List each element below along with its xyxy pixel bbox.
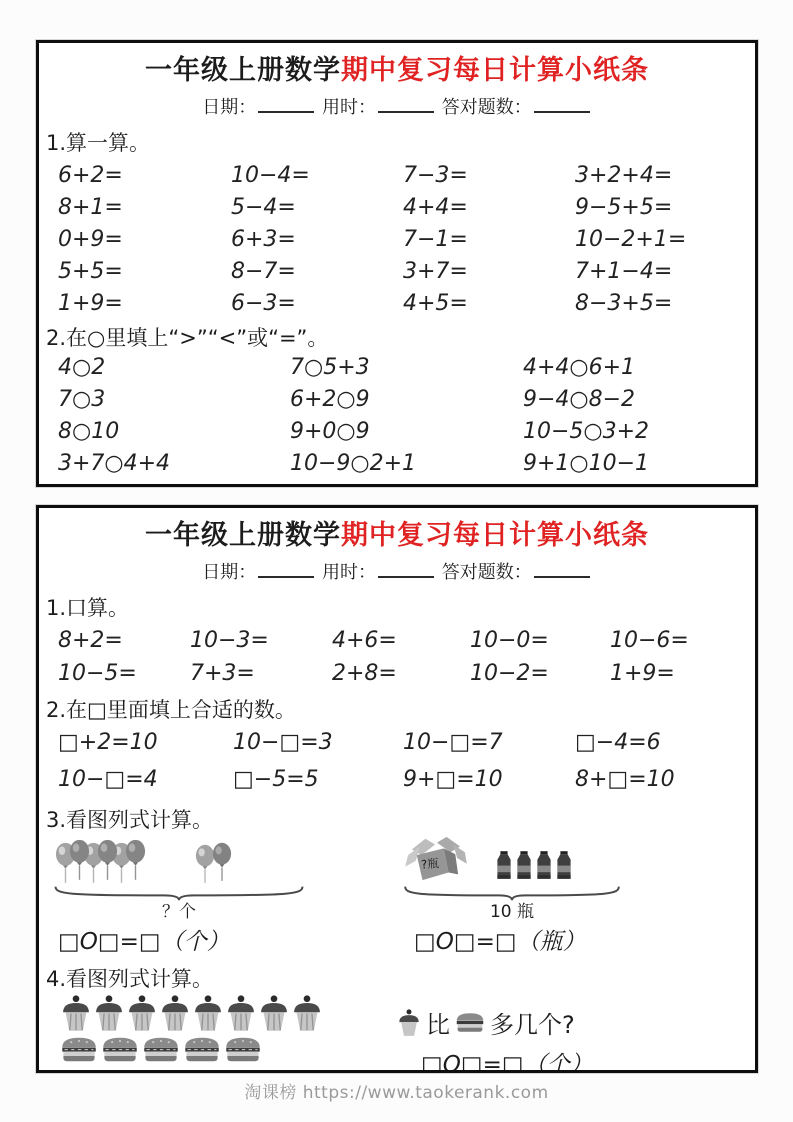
underbrace: [403, 885, 621, 901]
hamburger-row: [60, 1035, 375, 1064]
math-problem: 10−□=4: [58, 761, 233, 798]
title-red-part: 期中复习每日计算小纸条: [341, 55, 649, 86]
bottle-icon: [535, 846, 553, 884]
hamburger-icon: [183, 1035, 221, 1064]
math-problem: 3+7○4+4: [58, 448, 290, 480]
math-problem: 8+□=10: [575, 761, 755, 798]
balloon-pair: [200, 844, 234, 884]
brace-label: 10 瓶: [403, 902, 621, 922]
bottle-icon: [555, 846, 573, 884]
meta-line: 日期： 用时： 答对题数：: [39, 560, 755, 586]
math-problem: 10−2+1=: [575, 224, 755, 256]
hamburger-icon: [142, 1035, 180, 1064]
box-label: ?瓶: [421, 856, 440, 872]
date-blank-line: [258, 561, 314, 578]
math-problem: 7+3=: [190, 657, 332, 690]
bottle-icon: [515, 846, 533, 884]
fill-box-grid: □+2=1010−□=310−□=7□−4=6 10−□=4□−5=59+□=1…: [39, 724, 755, 798]
hamburger-icon: [224, 1035, 262, 1064]
math-problem: 8+2=: [58, 624, 190, 657]
math-problem: 9+1○10−1: [523, 448, 755, 480]
cupcake-icon: [225, 995, 257, 1032]
math-problem: 7○5+3: [290, 352, 523, 384]
balloon-figure: ？个: [53, 838, 305, 922]
answer-template: □O□=□（个）: [421, 1050, 593, 1073]
math-problem: 1+9=: [58, 288, 231, 320]
math-problem: □−5=5: [233, 761, 403, 798]
score-blank-line: [534, 96, 590, 113]
math-problem: □+2=10: [58, 724, 233, 761]
picture-problems: ？个 ?瓶: [39, 838, 755, 922]
balloon-icon: [123, 839, 148, 881]
math-problem: 10−0=: [470, 624, 610, 657]
cupcake-icon: [126, 995, 158, 1032]
cupcake-icon: [192, 995, 224, 1032]
title-black-part: 一年级上册数学: [145, 520, 341, 551]
meta-line: 日期： 用时： 答对题数：: [39, 95, 755, 121]
math-problem: 2+8=: [332, 657, 470, 690]
math-problem: 10−5○3+2: [523, 416, 755, 448]
time-label: 用时：: [322, 562, 376, 583]
worksheet-title: 一年级上册数学期中复习每日计算小纸条: [39, 55, 755, 87]
math-problem: 6+2○9: [290, 384, 523, 416]
time-blank-line: [378, 96, 434, 113]
date-blank-line: [258, 96, 314, 113]
math-problem: 4+4=: [403, 192, 575, 224]
math-problem: 10−5=: [58, 657, 190, 690]
cupcake-icon: [291, 995, 323, 1032]
balloon-icon: [210, 842, 234, 882]
oral-calc-grid: 8+2=10−3=4+6=10−0=10−6= 10−5=7+3=2+8=10−…: [39, 624, 755, 690]
balloon-icon: [95, 839, 120, 881]
math-problem: 10−6=: [610, 624, 755, 657]
math-problem: 8+1=: [58, 192, 231, 224]
hamburger-icon: [101, 1035, 139, 1064]
section1-heading: 1.口算。: [46, 594, 755, 622]
balloon-cluster: [53, 842, 148, 884]
compare-question: 比 多几个? □O□=□（个）: [397, 995, 593, 1073]
answer-template: □O□=□（瓶）: [414, 927, 586, 957]
math-problem: 10−□=7: [403, 724, 575, 761]
title-black-part: 一年级上册数学: [145, 55, 341, 86]
section1-heading: 1.算一算。: [46, 129, 755, 157]
section2-heading: 2.在□里面填上合适的数。: [46, 696, 755, 724]
score-label: 答对题数：: [442, 97, 532, 118]
math-problem: 3+7=: [403, 256, 575, 288]
question-text: 多几个?: [490, 1005, 575, 1040]
math-problem: □−4=6: [575, 724, 755, 761]
site-watermark: 淘课榜 https://www.taokerank.com: [0, 1078, 793, 1103]
open-box-icon: ?瓶: [403, 832, 469, 884]
math-problem: 10−3=: [190, 624, 332, 657]
underbrace: [53, 885, 305, 901]
bottle-row: [495, 846, 573, 884]
section4-heading: 4.看图列式计算。: [46, 965, 755, 993]
math-problem: 10−2=: [470, 657, 610, 690]
bottle-art: ?瓶: [403, 838, 621, 884]
cupcake-row: [60, 995, 375, 1032]
hamburger-icon: [455, 1011, 485, 1034]
bottle-icon: [495, 846, 513, 884]
worksheet-slip-1: 一年级上册数学期中复习每日计算小纸条 日期： 用时： 答对题数： 1.算一算。 …: [36, 40, 758, 487]
math-problem: 9+□=10: [403, 761, 575, 798]
math-problem: 10−□=3: [233, 724, 403, 761]
math-problem: 4+4○6+1: [523, 352, 755, 384]
compare-picture-problem: 比 多几个? □O□=□（个）: [39, 995, 755, 1073]
math-problem: 8○10: [58, 416, 290, 448]
food-icons: [60, 995, 375, 1073]
date-label: 日期：: [202, 97, 256, 118]
math-problem: 1+9=: [610, 657, 755, 690]
cupcake-icon: [60, 995, 92, 1032]
math-problem: 0+9=: [58, 224, 231, 256]
picture-problem-answers: □O□=□（个） □O□=□（瓶）: [39, 927, 755, 957]
question-line: 比 多几个?: [397, 1005, 593, 1040]
math-problem: 7+1−4=: [575, 256, 755, 288]
calc-problem-grid: 6+2=10−4=7−3=3+2+4= 8+1=5−4=4+4=9−5+5= 0…: [39, 160, 755, 320]
math-problem: 3+2+4=: [575, 160, 755, 192]
math-problem: 10−4=: [231, 160, 403, 192]
section3-heading: 3.看图列式计算。: [46, 806, 755, 834]
math-problem: 4+6=: [332, 624, 470, 657]
worksheet-slip-2: 一年级上册数学期中复习每日计算小纸条 日期： 用时： 答对题数： 1.口算。 8…: [36, 505, 758, 1073]
section2-heading: 2.在○里填上“>”“<”或“=”。: [46, 324, 755, 352]
cupcake-icon: [397, 1009, 421, 1037]
math-problem: 5−4=: [231, 192, 403, 224]
compare-problem-grid: 4○27○5+34+4○6+1 7○36+2○99−4○8−2 8○109+0○…: [39, 352, 755, 480]
compare-word: 比: [426, 1005, 450, 1040]
math-problem: 8−3+5=: [575, 288, 755, 320]
math-problem: 6+2=: [58, 160, 231, 192]
math-problem: 7○3: [58, 384, 290, 416]
math-problem: 8−7=: [231, 256, 403, 288]
brace-label: ？个: [53, 902, 305, 922]
hamburger-icon: [60, 1035, 98, 1064]
bottle-figure: ?瓶 10 瓶: [403, 838, 621, 922]
score-blank-line: [534, 561, 590, 578]
math-problem: 10−9○2+1: [290, 448, 523, 480]
math-problem: 6+3=: [231, 224, 403, 256]
math-problem: 9+0○9: [290, 416, 523, 448]
balloon-icon: [67, 839, 92, 881]
answer-template: □O□=□（个）: [58, 927, 414, 957]
score-label: 答对题数：: [442, 562, 532, 583]
math-problem: 7−1=: [403, 224, 575, 256]
math-problem: 9−5+5=: [575, 192, 755, 224]
time-blank-line: [378, 561, 434, 578]
worksheet-title: 一年级上册数学期中复习每日计算小纸条: [39, 520, 755, 552]
math-problem: 4○2: [58, 352, 290, 384]
math-problem: 7−3=: [403, 160, 575, 192]
date-label: 日期：: [202, 562, 256, 583]
cupcake-icon: [159, 995, 191, 1032]
cupcake-icon: [258, 995, 290, 1032]
math-problem: 4+5=: [403, 288, 575, 320]
math-problem: 9−4○8−2: [523, 384, 755, 416]
time-label: 用时：: [322, 97, 376, 118]
balloon-art: [53, 838, 305, 884]
math-problem: 5+5=: [58, 256, 231, 288]
math-problem: 6−3=: [231, 288, 403, 320]
title-red-part: 期中复习每日计算小纸条: [341, 520, 649, 551]
cupcake-icon: [93, 995, 125, 1032]
